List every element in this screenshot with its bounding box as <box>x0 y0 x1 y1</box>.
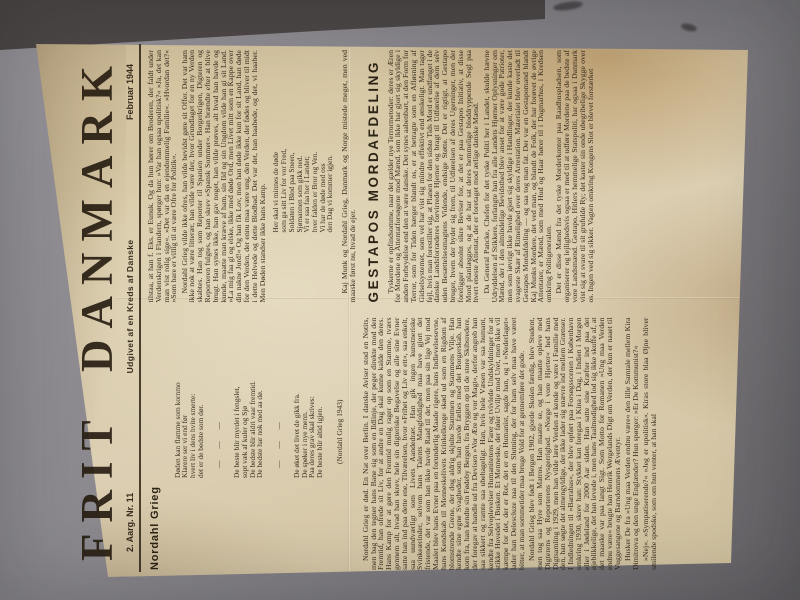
poem-stanza: De beste blir myrdet i fengslet, sopt væ… <box>233 318 264 479</box>
article-paragraph: »Nej«. »Sympatiserende?« »Jeg er upoliti… <box>642 318 658 571</box>
article-paragraph: tilstaa, at han f. Eks. er Eunuk. Og da … <box>147 50 178 303</box>
article-paragraph: Tyskerne er opfindsomme, naar det gælder… <box>387 50 481 303</box>
masthead-dateline: 2. Aarg. Nr. 11 Udgivet af en Kreds af D… <box>125 38 135 578</box>
article-paragraph: Nordahl Grieg vilde ikke ofres, han vild… <box>181 50 267 303</box>
poem-attribution: (Nordahl Grieg 1943) <box>336 318 344 479</box>
article-headline-gestapos-mordafdeling: GESTAPOS MORDAFDELING <box>366 50 381 303</box>
column-right: tilstaa, at han f. Eks. er Eunuk. Og da … <box>147 50 660 303</box>
newspaper-page-content: FRIT DANMARK 2. Aarg. Nr. 11 Udgivet af … <box>45 38 705 578</box>
photo-background: FRIT DANMARK 2. Aarg. Nr. 11 Udgivet af … <box>0 0 800 600</box>
column-left: Nordahl Grieg Døden kan flamme som kornm… <box>147 318 660 571</box>
article-paragraph: Kaj Munk og Nordahl Grieg, Danmark og No… <box>341 50 357 303</box>
table-smudge <box>680 22 697 33</box>
poem-stanza: Døden kan flamme som kornmo Klarere ser … <box>174 318 205 479</box>
masthead-title: FRIT DANMARK <box>72 38 122 578</box>
article-paragraph: Da General Pancke, Chefen for det tyske … <box>483 50 553 303</box>
table-smudge <box>553 0 584 12</box>
masthead-subtitle: Udgivet af en Kreds af Danske <box>125 239 135 373</box>
issue-date: Februar 1944 <box>125 64 135 120</box>
article-paragraph: Husker De fra »Ung maa Verden endnu være… <box>624 318 640 571</box>
memorial-poem-grieg: Døden kan flamme som kornmo Klarere ser … <box>166 318 352 479</box>
article-paragraph: Det er disse Mænd fra det tyske Morderko… <box>555 50 594 303</box>
issue-number: 2. Aarg. Nr. 11 <box>125 493 135 552</box>
article-paragraph: Nordahl Grieg er død. En Nat over Berlin… <box>362 318 526 571</box>
stanza-separator: — — — <box>215 318 222 479</box>
poem-stanza: De øket det livet de gikk fra. De spøker… <box>293 318 324 479</box>
article-headline-nordahl-grieg: Nordahl Grieg <box>149 318 161 571</box>
memorial-poem-fallen: Her skal vi minnes de døde som ga sitt L… <box>272 50 334 233</box>
stanza-separator: — — — <box>275 318 282 479</box>
page-columns: Nordahl Grieg Døden kan flamme som kornm… <box>141 38 660 578</box>
article-paragraph: Nordahl Grieg blev født i Bergen 1902, g… <box>528 318 622 571</box>
